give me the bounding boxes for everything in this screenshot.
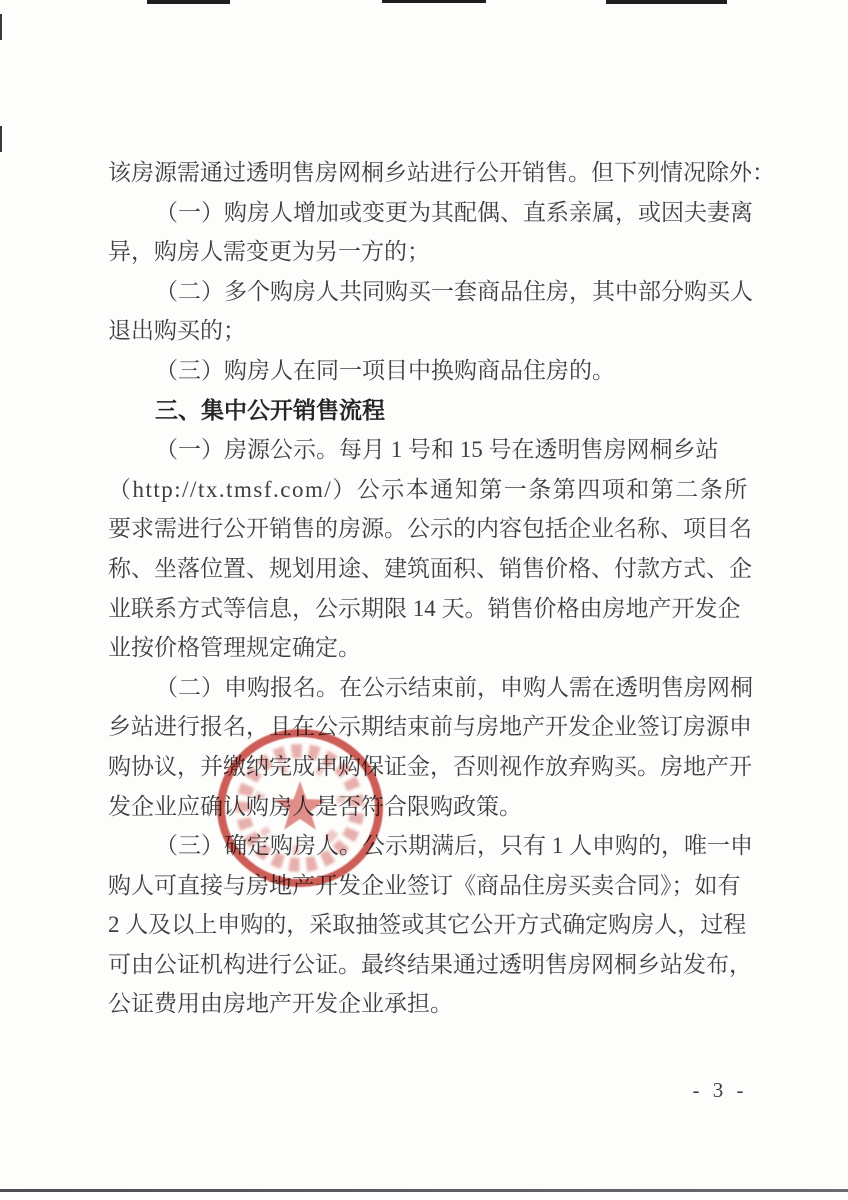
text-line: 业联系方式等信息，公示期限 14 天。销售价格由房地产开发企 (108, 589, 780, 629)
text-line-with-url: （http://tx.tmsf.com/）公示本通知第一条第四项和第二条所 (108, 470, 780, 510)
text-line: 发企业应确认购房人是否符合限购政策。 (108, 787, 780, 827)
text-line: 业按价格管理规定确定。 (108, 628, 780, 668)
scanned-document-page: 该房源需通过透明售房网桐乡站进行公开销售。但下列情况除外： （一）购房人增加或变… (0, 0, 848, 1200)
text-line: （一）房源公示。每月 1 号和 15 号在透明售房网桐乡站 (108, 430, 780, 470)
text-line: 该房源需通过透明售房网桐乡站进行公开销售。但下列情况除外： (108, 153, 780, 193)
scan-edge-artifact (382, 0, 486, 3)
text-line: （三）确定购房人。公示期满后，只有 1 人申购的，唯一申 (108, 826, 780, 866)
scan-edge-artifact (0, 126, 2, 152)
text-line: 购协议，并缴纳完成申购保证金，否则视作放弃购买。房地产开 (108, 747, 780, 787)
text-line: 可由公证机构进行公证。最终结果通过透明售房网桐乡站发布， (108, 945, 780, 985)
text-line: 退出购买的； (108, 311, 780, 351)
scan-edge-artifact (0, 14, 2, 40)
text-line: 公证费用由房地产开发企业承担。 (108, 984, 780, 1024)
text-line: （二）申购报名。在公示结束前，申购人需在透明售房网桐 (108, 668, 780, 708)
scan-edge-artifact (606, 0, 727, 4)
text-line: 购人可直接与房地产开发企业签订《商品住房买卖合同》；如有 (108, 866, 780, 906)
text-line: 2 人及以上申购的，采取抽签或其它公开方式确定购房人，过程 (108, 905, 780, 945)
scan-below-edge (0, 1192, 848, 1200)
text-line: 要求需进行公开销售的房源。公示的内容包括企业名称、项目名 (108, 509, 780, 549)
text-line: （三）购房人在同一项目中换购商品住房的。 (108, 351, 780, 391)
section-heading: 三、集中公开销售流程 (108, 391, 780, 431)
text-line: 乡站进行报名，且在公示期结束前与房地产开发企业签订房源申 (108, 707, 780, 747)
scan-edge-artifact (147, 0, 230, 4)
text-line: （一）购房人增加或变更为其配偶、直系亲属，或因夫妻离 (108, 193, 780, 233)
page-number: - 3 - (655, 1078, 785, 1103)
document-body: 该房源需通过透明售房网桐乡站进行公开销售。但下列情况除外： （一）购房人增加或变… (108, 153, 780, 1024)
text-line: 异，购房人需变更为另一方的； (108, 232, 780, 272)
text-line: （二）多个购房人共同购买一套商品住房，其中部分购买人 (108, 272, 780, 312)
text-line: 称、坐落位置、规划用途、建筑面积、销售价格、付款方式、企 (108, 549, 780, 589)
